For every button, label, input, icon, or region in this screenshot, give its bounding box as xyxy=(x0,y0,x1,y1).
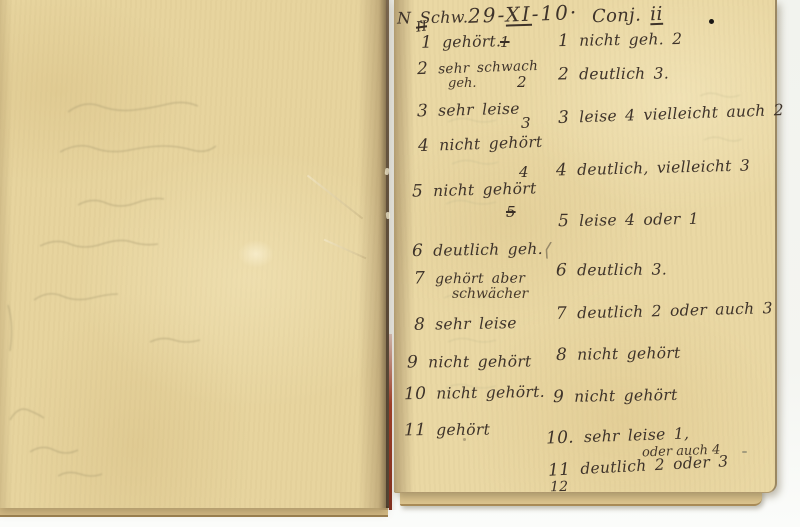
date-year: -10· xyxy=(531,0,578,26)
item-text: deutlich, vielleicht 3 xyxy=(577,156,750,179)
right-item-1: 1nicht geh. 2 xyxy=(558,29,683,51)
header-station: N Schw. xyxy=(397,7,469,27)
stitch-thread xyxy=(386,212,391,219)
left-item-1: 1gehört. xyxy=(421,31,502,52)
item-number: 2 xyxy=(558,64,569,84)
conj-numeral-underlined: ii xyxy=(650,3,664,25)
ink-dot xyxy=(709,19,714,24)
item-number: 9 xyxy=(553,387,564,407)
header-conj: Conj. ii xyxy=(592,3,664,27)
right-item-2: 2deutlich 3. xyxy=(558,64,669,85)
item-text: deutlich 3. xyxy=(579,65,669,84)
item-number: 6 xyxy=(556,260,567,280)
margin-number: 2 xyxy=(517,73,527,91)
item-number: 6 xyxy=(412,241,423,261)
right-item-8: 8nicht gehört xyxy=(556,343,681,365)
item-text: sehr leise xyxy=(438,100,520,120)
left-item-6: 6deutlich geh. xyxy=(412,239,543,261)
item-number: 12 xyxy=(550,479,569,495)
item-number: 2 xyxy=(417,59,429,79)
item-text: nicht gehört xyxy=(574,386,678,406)
date-month-underlined: XI xyxy=(505,2,532,27)
item-number: 4 xyxy=(556,160,568,180)
station-label: N Schw. xyxy=(397,7,469,27)
left-item-3: 3sehr leise xyxy=(417,99,520,122)
notebook-scan: N Schw. 29-XI-10· Conj. ii II 1gehört. 2… xyxy=(0,0,800,527)
left-item-8: 8sehr leise xyxy=(414,313,517,335)
item-number: 4 xyxy=(418,136,430,156)
item-text: nicht geh. 2 xyxy=(579,30,682,50)
item-text: deutlich 2 oder auch 3 xyxy=(577,299,773,322)
item-text: sehr leise xyxy=(435,314,517,333)
item-text: nicht gehört. xyxy=(436,383,545,403)
item-number: 10 xyxy=(404,384,427,404)
paper-speck xyxy=(742,451,747,453)
item-text: deutlich geh. xyxy=(433,240,543,260)
item-number: 10. xyxy=(546,428,575,449)
item-number: 8 xyxy=(556,345,567,365)
margin-number: 5 xyxy=(506,203,516,221)
right-item-12: 12 xyxy=(550,477,579,495)
item-number: 7 xyxy=(556,304,568,324)
notebook-page-left xyxy=(0,0,386,508)
left-item-11: 11gehört xyxy=(404,420,490,441)
item-number: 3 xyxy=(558,108,570,128)
right-item-6: 6deutlich 3. xyxy=(556,260,667,281)
item-number: 8 xyxy=(414,315,425,335)
item-text: leise 4 oder 1 xyxy=(579,210,699,230)
item-number: 1 xyxy=(421,33,432,53)
margin-number: 3 xyxy=(521,114,531,132)
margin-number: 4 xyxy=(519,163,529,181)
date-day: 29- xyxy=(468,3,506,28)
paper-speck xyxy=(463,438,466,441)
header-date: 29-XI-10· xyxy=(468,0,579,28)
item-number: 11 xyxy=(404,420,426,440)
item-number: 1 xyxy=(558,31,569,51)
item-number: 5 xyxy=(412,181,424,201)
item-number: 3 xyxy=(417,101,429,121)
right-item-9: 9nicht gehört xyxy=(553,385,678,407)
conj-label: Conj. xyxy=(592,5,642,28)
item-number: 7 xyxy=(414,268,425,288)
binding-red-line xyxy=(389,334,392,510)
right-item-5: 5leise 4 oder 1 xyxy=(558,209,699,231)
left-item-10: 10nicht gehört. xyxy=(404,382,545,404)
item-text: gehört. xyxy=(442,32,501,51)
item-text: nicht gehört xyxy=(433,179,537,200)
left-item-5: 5nicht gehört xyxy=(412,178,537,201)
left-item-2-line2: geh. xyxy=(448,76,477,91)
item-text: gehört xyxy=(436,421,490,439)
item-text: sehr leise 1, xyxy=(584,425,690,447)
left-item-7-line2: schwächer xyxy=(452,286,528,302)
item-text: nicht gehört xyxy=(439,133,543,155)
item-number: 5 xyxy=(558,211,569,231)
item-text: gehört aber xyxy=(435,271,525,288)
item-text: deutlich 3. xyxy=(577,261,667,280)
item-number: 9 xyxy=(407,352,418,372)
left-item-9: 9nicht gehört xyxy=(407,351,532,372)
item-text: nicht gehört xyxy=(577,344,681,364)
item-text: nicht gehört xyxy=(428,352,532,371)
worn-spot xyxy=(238,240,274,268)
margin-number: 1 xyxy=(500,33,510,51)
